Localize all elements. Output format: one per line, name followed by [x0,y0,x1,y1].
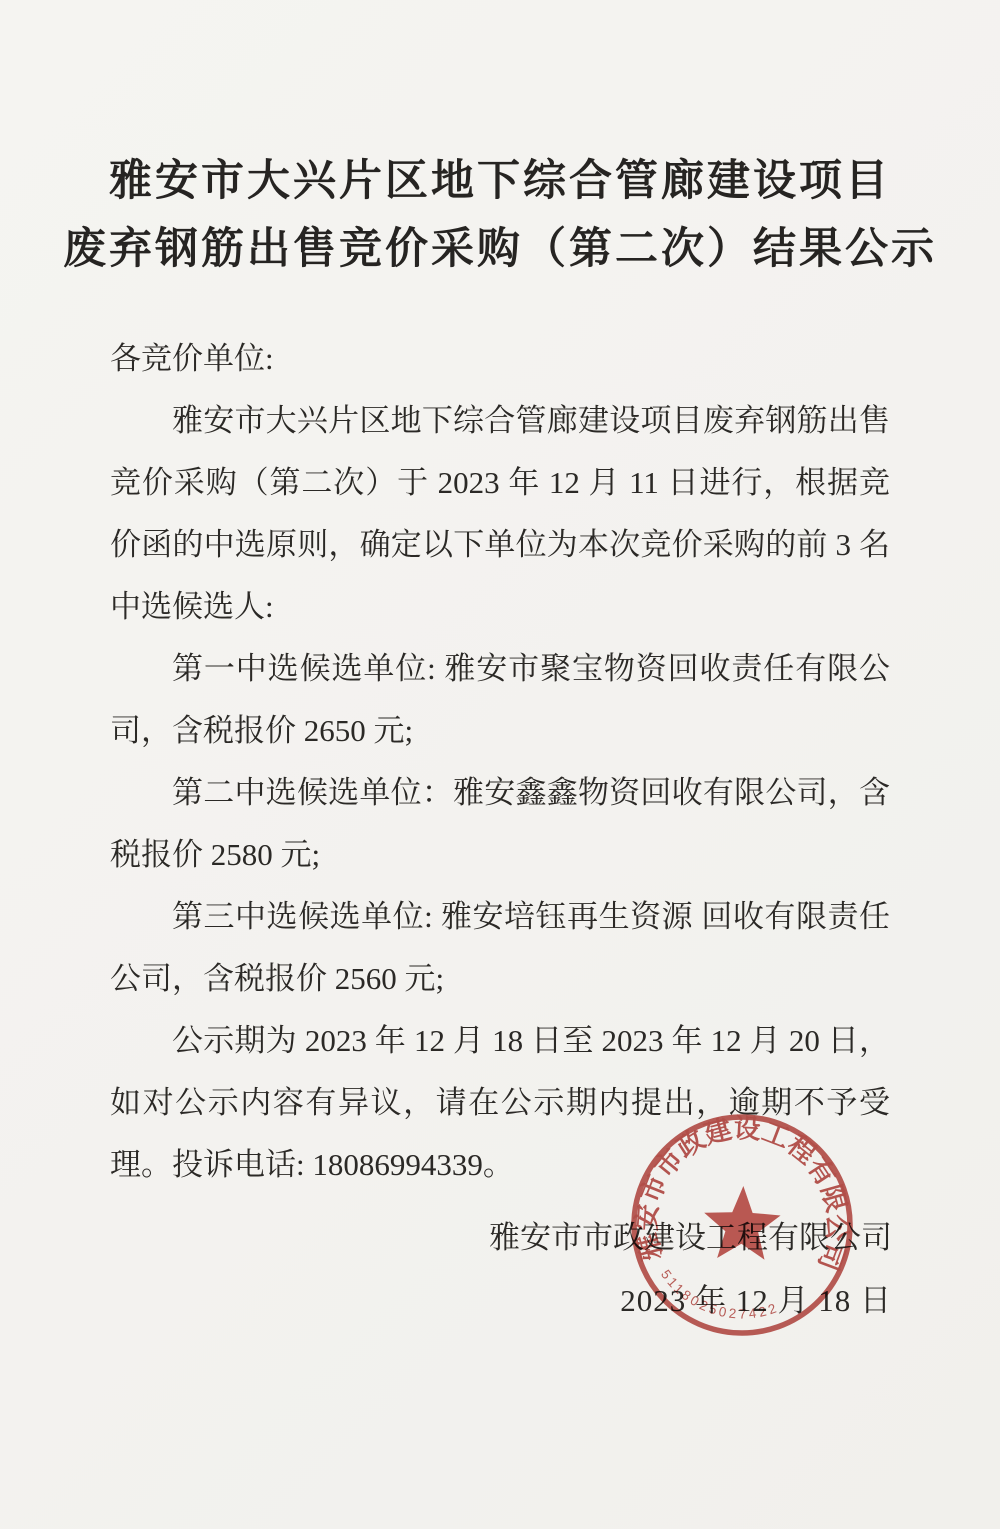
document-body: 各竞价单位: 雅安市大兴片区地下综合管廊建设项目废弃钢筋出售竞价采购（第二次）于… [110,328,890,1196]
document-title: 雅安市大兴片区地下综合管廊建设项目 废弃钢筋出售竞价采购（第二次）结果公示 [60,148,940,284]
signature-company-name: 雅安市市政建设工程有限公司 [0,1206,892,1270]
document-title-line2: 废弃钢筋出售竞价采购（第二次）结果公示 [60,216,940,284]
paragraph-first-candidate: 第一中选候选单位: 雅安市聚宝物资回收责任有限公司，含税报价 2650 元; [110,638,890,762]
document-title-line1: 雅安市大兴片区地下综合管廊建设项目 [60,148,940,216]
scanned-document-page: 雅安市大兴片区地下综合管廊建设项目 废弃钢筋出售竞价采购（第二次）结果公示 各竞… [0,0,1000,1529]
paragraph-second-candidate: 第二中选候选单位：雅安鑫鑫物资回收有限公司，含税报价 2580 元; [110,762,890,886]
paragraph-publicity-period: 公示期为 2023 年 12 月 18 日至 2023 年 12 月 20 日，… [110,1010,890,1196]
signature-block: 雅安市市政建设工程有限公司 2023 年 12 月 18 日 [0,1206,892,1333]
paragraph-third-candidate: 第三中选候选单位: 雅安培钰再生资源 回收有限责任公司，含税报价 2560 元; [110,886,890,1010]
paragraph-bid-process: 雅安市大兴片区地下综合管廊建设项目废弃钢筋出售竞价采购（第二次）于 2023 年… [110,390,890,638]
salutation-line: 各竞价单位: [110,328,890,390]
signature-date: 2023 年 12 月 18 日 [0,1269,892,1333]
